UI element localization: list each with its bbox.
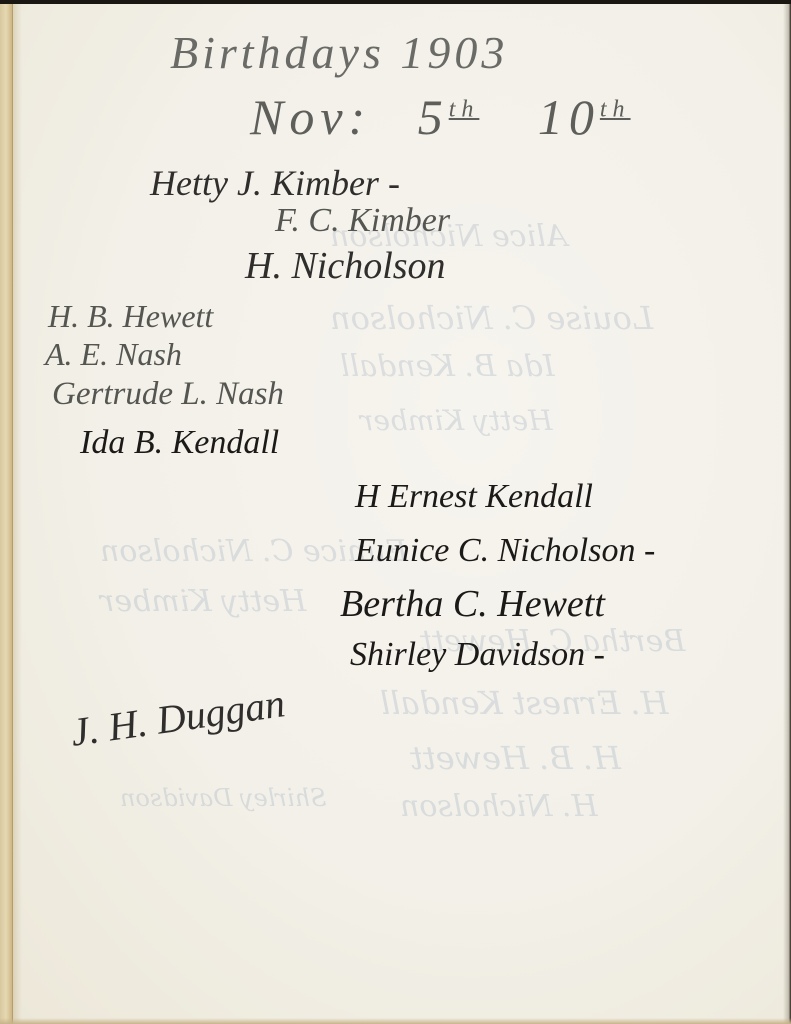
signature: H. B. Hewett <box>48 298 213 335</box>
signature: Gertrude L. Nash <box>52 376 284 413</box>
bleed-through-text: H. B. Hewett <box>410 739 621 777</box>
date-day2-suffix: th <box>600 96 631 122</box>
signature: A. E. Nash <box>45 336 182 373</box>
date-day1-suffix: th <box>449 96 480 122</box>
binding-shadow <box>12 4 22 1024</box>
signature: F. C. Kimber <box>275 202 450 240</box>
date-day2: 10 <box>538 89 600 145</box>
signature: Shirley Davidson - <box>350 636 605 674</box>
page-title: Birthdays 1903 <box>170 26 508 79</box>
bleed-through-text: H. Ernest Kendall <box>380 684 669 722</box>
bleed-through-text: H. Nicholson <box>400 789 598 824</box>
signature: Hetty J. Kimber - <box>150 162 400 204</box>
signature: J. H. Duggan <box>68 679 288 756</box>
bleed-through-text: Hetty Kimber <box>360 404 553 437</box>
bleed-through-text: Louise C. Nicholson <box>330 299 653 337</box>
signature: Ida B. Kendall <box>80 424 279 462</box>
page-bottom-edge <box>0 1018 791 1024</box>
signature: H. Nicholson <box>245 244 446 288</box>
signature: H Ernest Kendall <box>355 478 593 516</box>
date-month: Nov: <box>250 89 371 145</box>
autograph-page: Alice Nicholson Louise C. Nicholson Ida … <box>0 4 791 1024</box>
date-day1: 5 <box>418 89 449 145</box>
signature: Eunice C. Nicholson - <box>355 532 655 570</box>
bleed-through-text: Hetty Kimber <box>100 584 306 619</box>
page-right-edge <box>783 4 791 1024</box>
date-heading: Nov: 5th 10th <box>250 88 631 146</box>
bleed-through-text: Ida B. Kendall <box>340 349 555 384</box>
signature: Bertha C. Hewett <box>340 582 605 626</box>
bleed-through-text: Shirley Davidson <box>120 784 326 812</box>
